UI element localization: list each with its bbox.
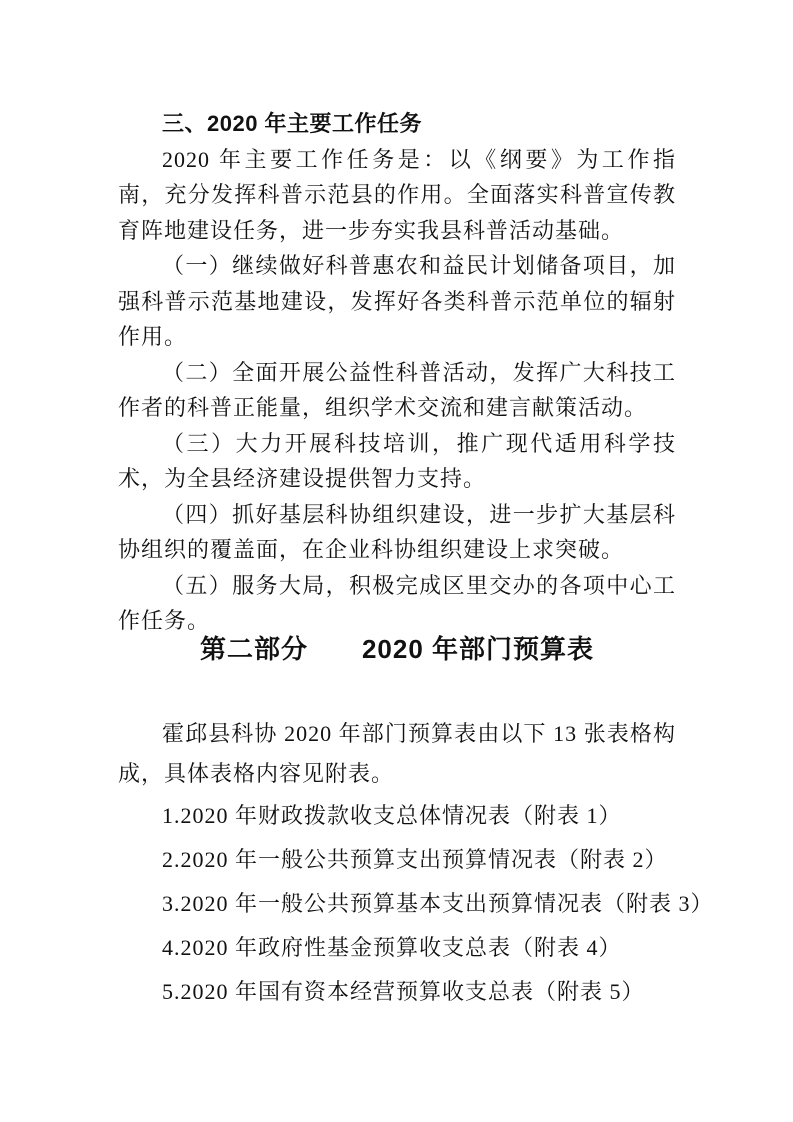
paragraph-budget-tables-intro: 霍邱县科协 2020 年部门预算表由以下 13 张表格构成，具体表格内容见附表。 <box>118 714 676 794</box>
section-budget-tables: 霍邱县科协 2020 年部门预算表由以下 13 张表格构成，具体表格内容见附表。… <box>118 714 676 1014</box>
paragraph-task-5: （五）服务大局，积极完成区里交办的各项中心工作任务。 <box>118 568 676 639</box>
table-list-item-3: 3.2020 年一般公共预算基本支出预算情况表（附表 3） <box>118 882 676 926</box>
document-page: 三、2020 年主要工作任务 2020 年主要工作任务是：以《纲要》为工作指南，… <box>0 0 793 1122</box>
paragraph-task-3: （三）大力开展科技培训，推广现代适用科学技术，为全县经济建设提供智力支持。 <box>118 426 676 497</box>
table-list-item-2: 2.2020 年一般公共预算支出预算情况表（附表 2） <box>118 838 676 882</box>
table-list-item-5: 5.2020 年国有资本经营预算收支总表（附表 5） <box>118 970 676 1014</box>
paragraph-task-1: （一）继续做好科普惠农和益民计划储备项目，加强科普示范基地建设，发挥好各类科普示… <box>118 248 676 355</box>
table-list-item-1: 1.2020 年财政拨款收支总体情况表（附表 1） <box>118 794 676 838</box>
paragraph-intro: 2020 年主要工作任务是：以《纲要》为工作指南，充分发挥科普示范县的作用。全面… <box>118 142 676 249</box>
budget-table-list: 1.2020 年财政拨款收支总体情况表（附表 1） 2.2020 年一般公共预算… <box>118 794 676 1014</box>
paragraph-task-4: （四）抓好基层科协组织建设，进一步扩大基层科协组织的覆盖面，在企业科协组织建设上… <box>118 497 676 568</box>
section-heading-budget-tables: 第二部分 2020 年部门预算表 <box>118 630 676 668</box>
section-work-tasks: 三、2020 年主要工作任务 2020 年主要工作任务是：以《纲要》为工作指南，… <box>118 106 676 639</box>
section-heading-work-tasks: 三、2020 年主要工作任务 <box>118 106 676 142</box>
paragraph-task-2: （二）全面开展公益性科普活动，发挥广大科技工作者的科普正能量，组织学术交流和建言… <box>118 355 676 426</box>
table-list-item-4: 4.2020 年政府性基金预算收支总表（附表 4） <box>118 926 676 970</box>
